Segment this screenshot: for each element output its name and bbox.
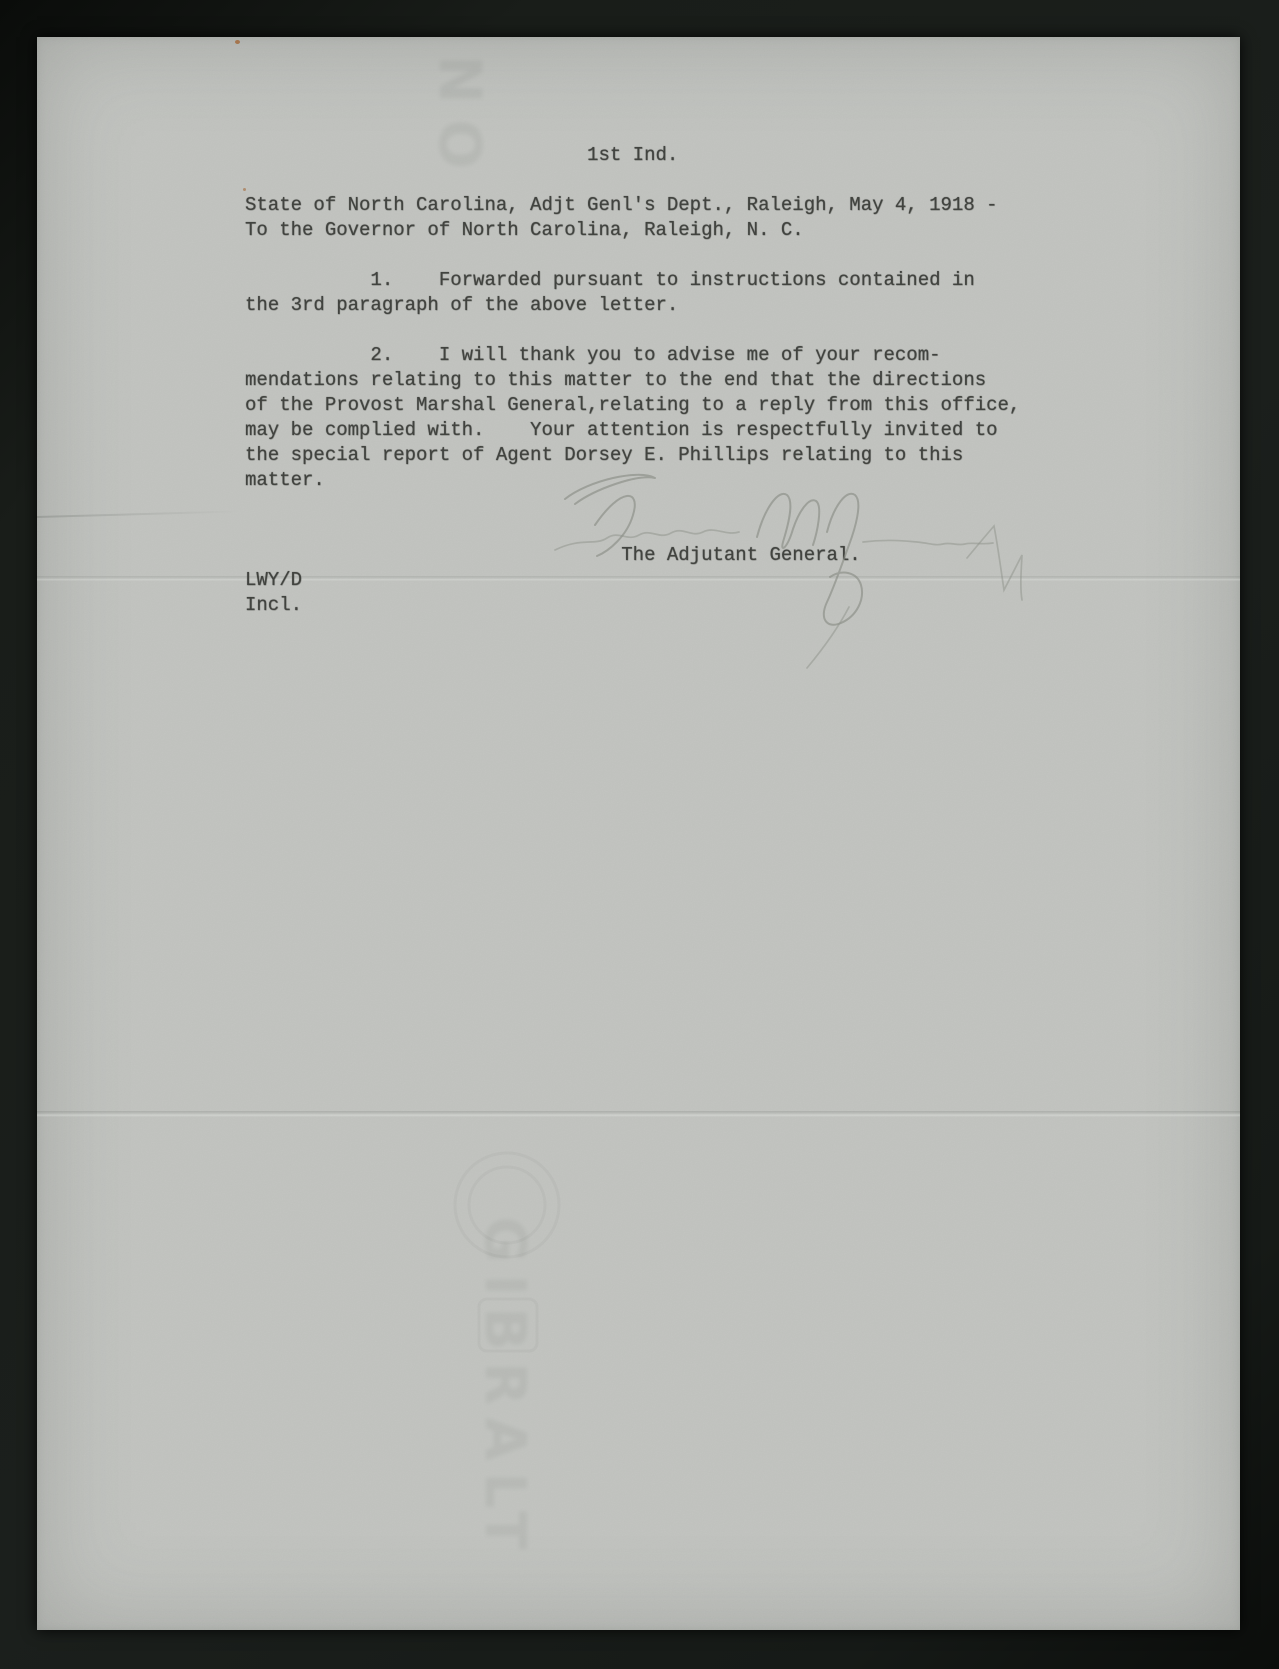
addressee-line: To the Governor of North Carolina, Ralei… [245,218,1020,243]
blank-line [245,518,1020,543]
para2-line: 2. I will thank you to advise me of your… [245,343,1020,368]
typed-text-block: 1st Ind. State of North Carolina, Adjt G… [245,143,1020,618]
blank-line [245,243,1020,268]
para1-line: 1. Forwarded pursuant to instructions co… [245,268,1020,293]
heading-line: 1st Ind. [245,143,1020,168]
fold-crease-lower [37,1111,1240,1117]
para2-line: of the Provost Marshal General,relating … [245,393,1020,418]
signature-title-line: The Adjutant General. [245,543,1020,568]
para2-line: may be complied with. Your attention is … [245,418,1020,443]
origin-line: State of North Carolina, Adjt Genl's Dep… [245,193,1020,218]
blank-line [245,318,1020,343]
para2-line: matter. [245,468,1020,493]
enclosure-line: Incl. [245,593,1020,618]
para2-line: the special report of Agent Dorsey E. Ph… [245,443,1020,468]
blank-line [245,168,1020,193]
para1-line: the 3rd paragraph of the above letter. [245,293,1020,318]
blank-line [245,493,1020,518]
watermark-bottom: GIBRALT [463,1154,537,1624]
scan-background: NO GIBRALT 1st Ind. State of North Carol… [0,0,1279,1669]
para2-line: mendations relating to this matter to th… [245,368,1020,393]
typist-initials-line: LWY/D [245,568,1020,593]
document-page: NO GIBRALT 1st Ind. State of North Carol… [37,37,1240,1630]
rust-speck [235,40,240,44]
fold-crease-diagonal [37,510,252,518]
watermark-emblem [455,1153,559,1351]
